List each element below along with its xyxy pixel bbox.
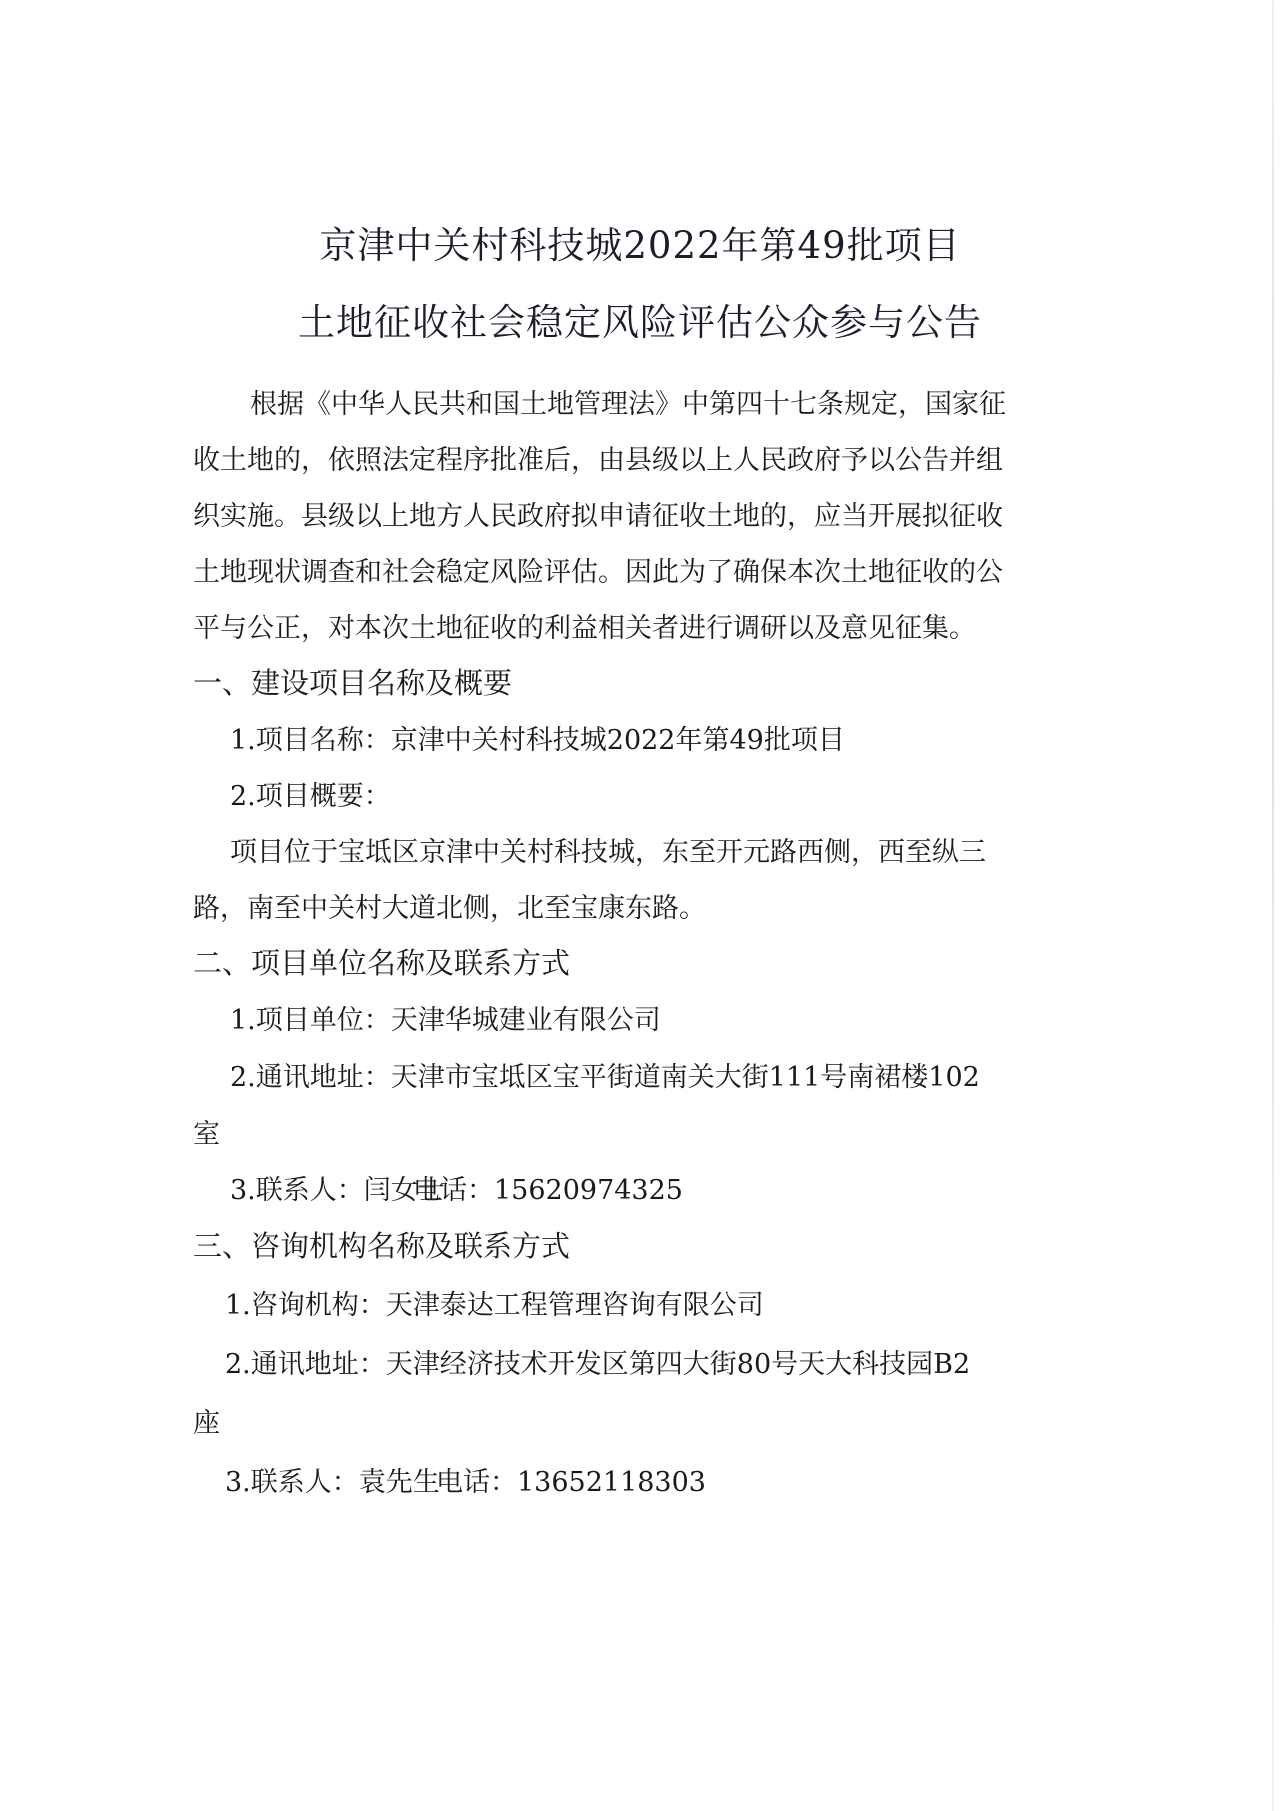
document-title-line-1: 京津中关村科技城2022年第49批项目 — [0, 215, 1280, 269]
project-name: 1.项目名称：京津中关村科技城2022年第49批项目 — [230, 718, 845, 757]
intro-line: 织实施。县级以上地方人民政府拟申请征收土地的，应当开展拟征收 — [193, 494, 1003, 533]
intro-line: 平与公正，对本次土地征收的利益相关者进行调研以及意见征集。 — [193, 606, 976, 645]
intro-line: 根据《中华人民共和国土地管理法》中第四十七条规定，国家征 — [250, 382, 1006, 421]
project-summary-line: 路，南至中关村大道北侧，北至宝康东路。 — [193, 886, 706, 925]
section-2-heading: 二、项目单位名称及联系方式 — [193, 941, 570, 982]
project-unit-address: 2.通讯地址：天津市宝坻区宝平街道南关大街111号南裙楼102 — [230, 1055, 980, 1094]
consulting-agency-contact: 3.联系人：袁先生 — [225, 1460, 440, 1499]
project-unit: 1.项目单位：天津华城建业有限公司 — [230, 998, 661, 1037]
consulting-agency-address: 2.通讯地址：天津经济技术开发区第四大街80号天大科技园B2 — [225, 1342, 970, 1381]
consulting-agency: 1.咨询机构：天津泰达工程管理咨询有限公司 — [225, 1283, 764, 1322]
section-1-heading: 一、建设项目名称及概要 — [193, 661, 512, 702]
project-unit-phone: 电话：15620974325 — [413, 1168, 683, 1207]
project-unit-address-cont: 室 — [193, 1112, 220, 1151]
scan-page-edge — [1272, 0, 1274, 1811]
document-title-line-2: 土地征收社会稳定风险评估公众参与公告 — [0, 292, 1280, 346]
project-summary-line: 项目位于宝坻区京津中关村科技城，东至开元路西侧，西至纵三 — [230, 830, 986, 869]
section-3-heading: 三、咨询机构名称及联系方式 — [193, 1224, 570, 1265]
project-summary-label: 2.项目概要： — [230, 774, 391, 813]
consulting-agency-phone: 电话：13652118303 — [436, 1460, 706, 1499]
intro-line: 土地现状调查和社会稳定风险评估。因此为了确保本次土地征收的公 — [193, 550, 1003, 589]
intro-line: 收土地的，依照法定程序批准后，由县级以上人民政府予以公告并组 — [193, 438, 1003, 477]
consulting-agency-address-cont: 座 — [193, 1401, 220, 1440]
